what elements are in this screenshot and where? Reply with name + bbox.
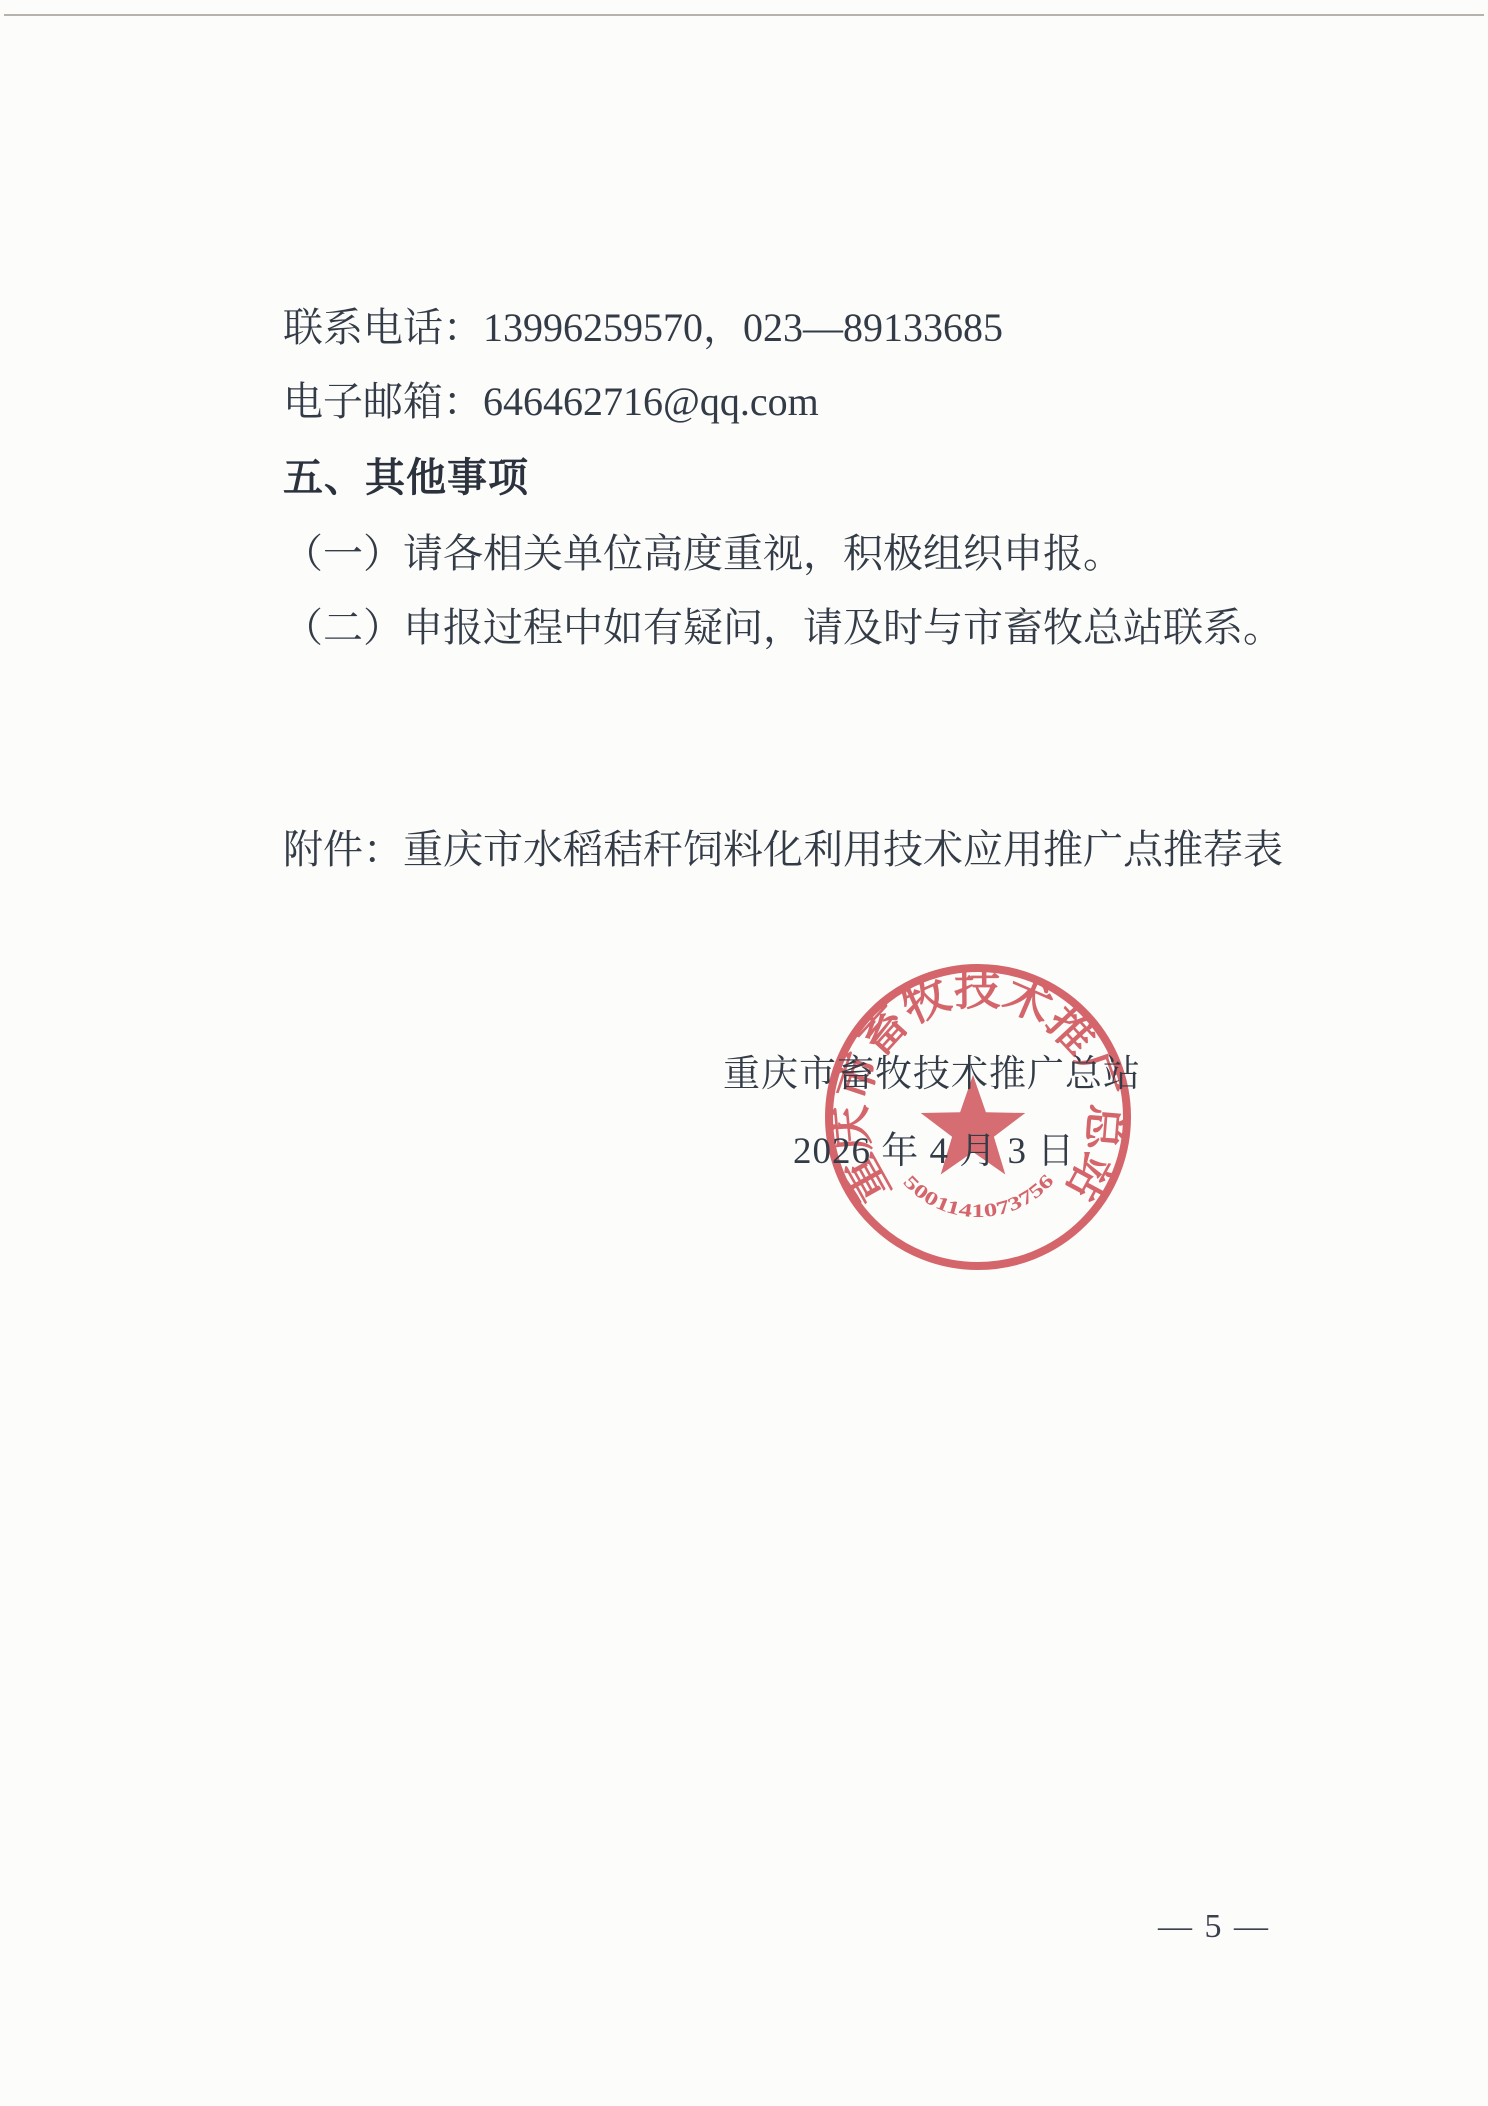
email-line: 电子邮箱：646462716@qq.com	[283, 382, 819, 422]
list-item-two: （二）申报过程中如有疑问，请及时与市畜牧总站联系。	[283, 608, 1283, 648]
section-heading: 五、其他事项	[283, 458, 529, 498]
list-item-one: （一）请各相关单位高度重视，积极组织申报。	[283, 534, 1123, 574]
contact-phone-line: 联系电话：13996259570，023—89133685	[283, 308, 1003, 348]
page-number: — 5 —	[1158, 1908, 1270, 1946]
official-seal-svg: 重庆市畜牧技术推广总站 5001141073756	[823, 962, 1133, 1272]
attachment-line: 附件：重庆市水稻秸秆饲料化利用技术应用推广点推荐表	[283, 830, 1283, 870]
signature-organization: 重庆市畜牧技术推广总站	[723, 1056, 1141, 1093]
signature-date: 2026 年 4 月 3 日	[793, 1133, 1075, 1170]
official-seal: 重庆市畜牧技术推广总站 5001141073756	[823, 962, 1133, 1272]
seal-code: 5001141073756	[899, 1170, 1058, 1222]
document-page: 联系电话：13996259570，023—89133685 电子邮箱：64646…	[0, 0, 1488, 2106]
scan-edge-artifact	[4, 14, 1484, 16]
